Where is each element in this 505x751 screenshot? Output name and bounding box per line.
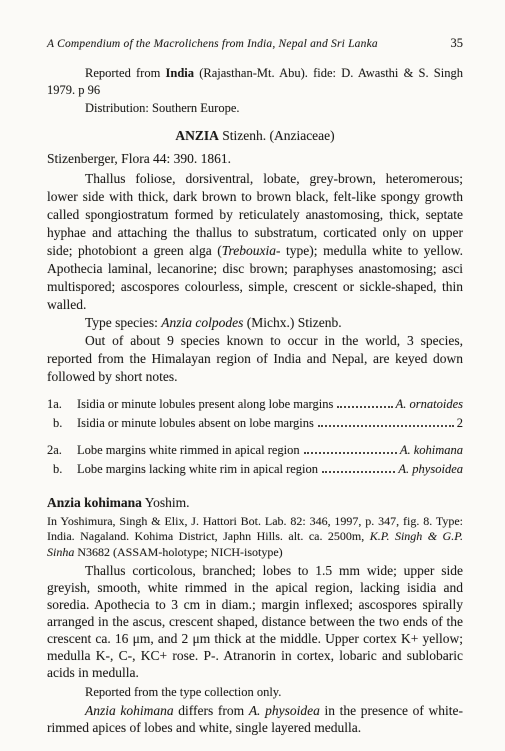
- text-run: Anzia colpodes: [161, 315, 243, 330]
- text-run: differs from: [174, 703, 249, 718]
- text-run: India: [166, 66, 195, 80]
- key-target-species: A. ornatoides: [396, 395, 463, 414]
- distribution-note: Distribution: Southern Europe.: [47, 100, 463, 117]
- key-row-2b: b. Lobe margins lacking white rim in api…: [47, 460, 463, 479]
- page-number: 35: [451, 36, 464, 51]
- key-row-1b: b. Isidia or minute lobules absent on lo…: [47, 414, 463, 433]
- text-run: ANZIA: [175, 128, 219, 143]
- text-run: Reported from: [85, 66, 166, 80]
- species-description: Thallus corticolous, branched; lobes to …: [47, 562, 463, 681]
- key-lead-text: Lobe margins lacking white rim in apical…: [77, 460, 318, 479]
- genus-heading: ANZIA Stizenh. (Anziaceae): [47, 128, 463, 144]
- text-run: Trebouxia: [222, 243, 276, 258]
- text-run: Type species:: [85, 315, 161, 330]
- reported-from-india-note: Reported from India (Rajasthan-Mt. Abu).…: [47, 65, 463, 98]
- key-lead-text: Isidia or minute lobules absent on lobe …: [77, 414, 314, 433]
- key-couplet-number: b.: [47, 460, 77, 479]
- genus-reference: Stizenberger, Flora 44: 390. 1861.: [47, 150, 463, 168]
- text-run: N3682 (ASSAM-holotype; NICH-isotype): [74, 545, 282, 559]
- species-citation: In Yoshimura, Singh & Elix, J. Hattori B…: [47, 514, 463, 561]
- book-page: A Compendium of the Macrolichens from In…: [0, 0, 505, 751]
- key-target-species: A. kohimana: [400, 441, 463, 460]
- identification-key: 1a. Isidia or minute lobules present alo…: [47, 395, 463, 479]
- species-heading: Anzia kohimana Yoshim.: [47, 495, 463, 511]
- key-couplet-number: b.: [47, 414, 77, 433]
- dotted-leader: [337, 406, 392, 408]
- text-run: Anzia kohimana: [47, 495, 142, 510]
- genus-overview: Out of about 9 species known to occur in…: [47, 332, 463, 386]
- dotted-leader: [318, 425, 454, 427]
- text-run: Anzia kohimana: [85, 703, 174, 718]
- type-species-line: Type species: Anzia colpodes (Michx.) St…: [47, 314, 463, 332]
- key-row-1a: 1a. Isidia or minute lobules present alo…: [47, 395, 463, 414]
- text-run: Stizenberger, Flora 44: 390. 1861.: [47, 151, 231, 166]
- page-header: A Compendium of the Macrolichens from In…: [47, 36, 463, 51]
- key-target-species: A. physoidea: [398, 460, 463, 479]
- key-lead-text: Lobe margins white rimmed in apical regi…: [77, 441, 300, 460]
- key-lead-text: Isidia or minute lobules present along l…: [77, 395, 333, 414]
- text-run: A. physoidea: [249, 703, 320, 718]
- text-run: Yoshim.: [142, 495, 190, 510]
- key-row-2a: 2a. Lobe margins white rimmed in apical …: [47, 441, 463, 460]
- key-target-couplet: 2: [457, 414, 463, 433]
- text-run: Reported from the type collection only.: [85, 685, 281, 699]
- text-run: Thallus corticolous, branched; lobes to …: [47, 563, 463, 680]
- dotted-leader: [304, 452, 397, 454]
- dotted-leader: [322, 471, 395, 473]
- genus-description: Thallus foliose, dorsiventral, lobate, g…: [47, 170, 463, 314]
- text-run: Distribution: Southern Europe.: [85, 101, 240, 115]
- species-reported-note: Reported from the type collection only.: [47, 684, 463, 701]
- text-run: Out of about 9 species known to occur in…: [47, 333, 463, 384]
- key-couplet-number: 1a.: [47, 395, 77, 414]
- text-run: (Michx.) Stizenb.: [243, 315, 341, 330]
- species-remarks: Anzia kohimana differs from A. physoidea…: [47, 702, 463, 736]
- text-run: Stizenh. (Anziaceae): [219, 128, 335, 143]
- running-title: A Compendium of the Macrolichens from In…: [47, 38, 378, 50]
- key-couplet-number: 2a.: [47, 441, 77, 460]
